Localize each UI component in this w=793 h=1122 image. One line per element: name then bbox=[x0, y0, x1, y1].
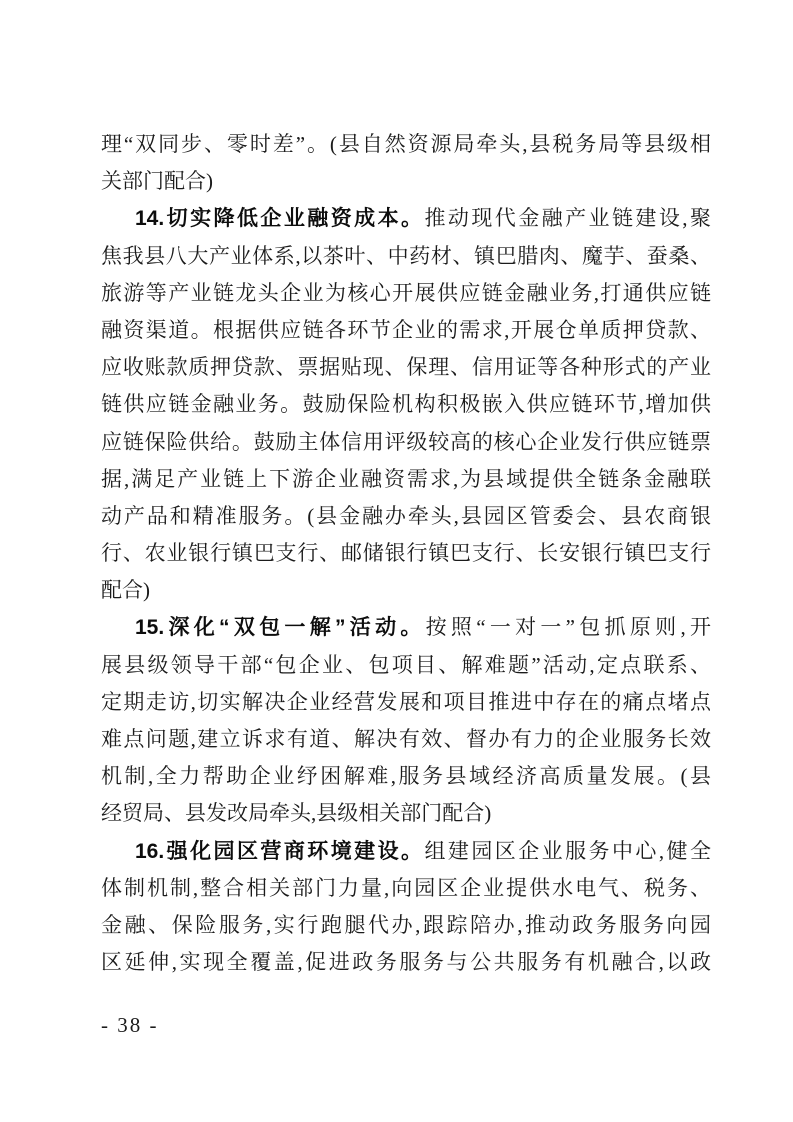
line-text: 行、农业银行镇巴支行、邮储银行镇巴支行、长安银行镇巴支行 bbox=[101, 541, 711, 565]
line-text: 焦我县八大产业体系,以茶叶、中药材、镇巴腊肉、魔芋、蚕桑、 bbox=[101, 244, 711, 268]
line-text: 难点问题,建立诉求有道、解决有效、督办有力的企业服务长效 bbox=[101, 727, 711, 751]
line-text: 据,满足产业链上下游企业融资需求,为县域提供全链条金融联 bbox=[101, 467, 711, 491]
text-line: 定期走访,切实解决企业经营发展和项目推进中存在的痛点堵点 bbox=[101, 684, 711, 721]
text-line: 关部门配合) bbox=[101, 163, 711, 200]
line-text: 体制机制,整合相关部门力量,向园区企业提供水电气、税务、 bbox=[101, 876, 711, 900]
line-text: 链供应链金融业务。鼓励保险机构积极嵌入供应链环节,增加供 bbox=[101, 392, 711, 416]
line-text: 理“双同步、零时差”。(县自然资源局牵头,县税务局等县级相 bbox=[101, 132, 711, 156]
text-line: 应收账款质押贷款、票据贴现、保理、信用证等各种形式的产业 bbox=[101, 349, 711, 386]
line-text: 经贸局、县发改局牵头,县级相关部门配合) bbox=[101, 801, 491, 825]
line-text: 机制,全力帮助企业纾困解难,服务县域经济高质量发展。(县 bbox=[101, 764, 711, 788]
text-line: 理“双同步、零时差”。(县自然资源局牵头,县税务局等县级相 bbox=[101, 126, 711, 163]
item-heading: 14.切实降低企业融资成本。 bbox=[135, 207, 424, 230]
line-text: 金融、保险服务,实行跑腿代办,跟踪陪办,推动政务服务向园 bbox=[101, 913, 711, 937]
line-text: 展县级领导干部“包企业、包项目、解难题”活动,定点联系、 bbox=[101, 653, 711, 677]
text-line: 展县级领导干部“包企业、包项目、解难题”活动,定点联系、 bbox=[101, 647, 711, 684]
text-line: 难点问题,建立诉求有道、解决有效、督办有力的企业服务长效 bbox=[101, 721, 711, 758]
text-line: 体制机制,整合相关部门力量,向园区企业提供水电气、税务、 bbox=[101, 870, 711, 907]
text-line: 融资渠道。根据供应链各环节企业的需求,开展仓单质押贷款、 bbox=[101, 312, 711, 349]
item-heading: 15.深化“双包一解”活动。 bbox=[135, 616, 426, 639]
text-line: 金融、保险服务,实行跑腿代办,跟踪陪办,推动政务服务向园 bbox=[101, 907, 711, 944]
line-text: 定期走访,切实解决企业经营发展和项目推进中存在的痛点堵点 bbox=[101, 690, 711, 714]
text-line: 15.深化“双包一解”活动。按照“一对一”包抓原则,开 bbox=[101, 609, 711, 646]
line-text: 推动现代金融产业链建设,聚 bbox=[424, 206, 711, 230]
line-text: 融资渠道。根据供应链各环节企业的需求,开展仓单质押贷款、 bbox=[101, 318, 711, 342]
text-line: 旅游等产业链龙头企业为核心开展供应链金融业务,打通供应链 bbox=[101, 275, 711, 312]
text-line: 焦我县八大产业体系,以茶叶、中药材、镇巴腊肉、魔芋、蚕桑、 bbox=[101, 238, 711, 275]
line-text: 应收账款质押贷款、票据贴现、保理、信用证等各种形式的产业 bbox=[101, 355, 711, 379]
text-line: 动产品和精准服务。(县金融办牵头,县园区管委会、县农商银 bbox=[101, 498, 711, 535]
line-text: 按照“一对一”包抓原则,开 bbox=[426, 615, 711, 639]
text-line: 行、农业银行镇巴支行、邮储银行镇巴支行、长安银行镇巴支行 bbox=[101, 535, 711, 572]
text-line: 区延伸,实现全覆盖,促进政务服务与公共服务有机融合,以政 bbox=[101, 944, 711, 981]
text-line: 据,满足产业链上下游企业融资需求,为县域提供全链条金融联 bbox=[101, 461, 711, 498]
text-line: 16.强化园区营商环境建设。组建园区企业服务中心,健全 bbox=[101, 833, 711, 870]
page-number: - 38 - bbox=[101, 1012, 159, 1038]
line-text: 区延伸,实现全覆盖,促进政务服务与公共服务有机融合,以政 bbox=[101, 950, 711, 974]
text-line: 14.切实降低企业融资成本。推动现代金融产业链建设,聚 bbox=[101, 200, 711, 237]
text-line: 经贸局、县发改局牵头,县级相关部门配合) bbox=[101, 795, 711, 832]
document-body: 理“双同步、零时差”。(县自然资源局牵头,县税务局等县级相关部门配合)14.切实… bbox=[101, 126, 711, 981]
text-line: 应链保险供给。鼓励主体信用评级较高的核心企业发行供应链票 bbox=[101, 424, 711, 461]
document-page: 理“双同步、零时差”。(县自然资源局牵头,县税务局等县级相关部门配合)14.切实… bbox=[0, 0, 793, 1122]
text-line: 链供应链金融业务。鼓励保险机构积极嵌入供应链环节,增加供 bbox=[101, 386, 711, 423]
text-line: 机制,全力帮助企业纾困解难,服务县域经济高质量发展。(县 bbox=[101, 758, 711, 795]
item-heading: 16.强化园区营商环境建设。 bbox=[135, 840, 424, 863]
line-text: 动产品和精准服务。(县金融办牵头,县园区管委会、县农商银 bbox=[101, 504, 711, 528]
line-text: 组建园区企业服务中心,健全 bbox=[424, 839, 711, 863]
line-text: 关部门配合) bbox=[101, 169, 213, 193]
text-line: 配合) bbox=[101, 572, 711, 609]
line-text: 旅游等产业链龙头企业为核心开展供应链金融业务,打通供应链 bbox=[101, 281, 711, 305]
line-text: 配合) bbox=[101, 578, 150, 602]
line-text: 应链保险供给。鼓励主体信用评级较高的核心企业发行供应链票 bbox=[101, 430, 711, 454]
